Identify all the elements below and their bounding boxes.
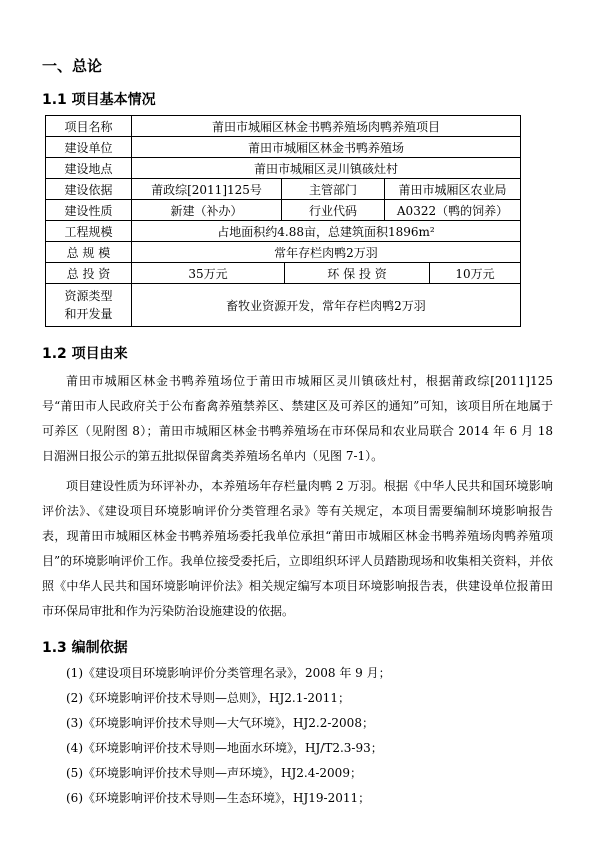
paragraph-origin-1: 莆田市城厢区林金书鸭养殖场位于莆田市城厢区灵川镇硋灶村，根据莆政综[2011]1… [42,369,553,469]
reference-item: (4)《环境影响评价技术导则—地面水环境》，HJ/T2.3-93； [66,736,553,761]
table-cell-label: 建设单位 [46,137,131,157]
table-cell-label: 建设性质 [46,200,131,220]
table-cell-label: 资源类型 和开发量 [46,284,131,326]
table-cell-value: 新建（补办） [131,200,281,220]
paragraph-origin-2: 项目建设性质为环评补办，本养殖场年存栏量肉鸭 2 万羽。根据《中华人民共和国环境… [42,474,553,624]
label-line-2: 和开发量 [64,305,112,323]
table-row-resource-type: 资源类型 和开发量 畜牧业资源开发，常年存栏肉鸭2万羽 [46,283,520,326]
table-row-basis: 建设依据 莆政综[2011]125号 主管部门 莆田市城厢区农业局 [46,178,520,199]
table-cell-label: 建设地点 [46,158,131,178]
section-heading-1-2: 1.2 项目由来 [42,344,553,364]
table-cell-value: 莆田市城厢区灵川镇硋灶村 [131,158,520,178]
section-heading-1-1: 1.1 项目基本情况 [42,90,553,110]
table-cell-label: 行业代码 [281,200,384,220]
reference-item: (6)《环境影响评价技术导则—生态环境》，HJ19-2011； [66,786,553,811]
table-row-investment: 总 投 资 35万元 环 保 投 资 10万元 [46,262,520,283]
reference-item: (1)《建设项目环境影响评价分类管理名录》，2008 年 9 月； [66,661,553,686]
table-cell-value: 10万元 [429,263,520,283]
table-cell-label: 主管部门 [281,179,384,199]
table-cell-label: 项目名称 [46,116,131,136]
table-cell-label: 环 保 投 资 [284,263,429,283]
table-row-project-scale: 工程规模 占地面积约4.88亩，总建筑面积1896m² [46,220,520,241]
section-heading-1-3: 1.3 编制依据 [42,638,553,658]
table-cell-value: 莆田市城厢区农业局 [384,179,520,199]
table-row-construction-unit: 建设单位 莆田市城厢区林金书鸭养殖场 [46,136,520,157]
table-row-project-name: 项目名称 莆田市城厢区林金书鸭养殖场肉鸭养殖项目 [46,116,520,136]
table-cell-value: A0322（鸭的饲养） [384,200,520,220]
table-cell-value: 常年存栏肉鸭2万羽 [131,242,520,262]
table-cell-label: 建设依据 [46,179,131,199]
project-info-table: 项目名称 莆田市城厢区林金书鸭养殖场肉鸭养殖项目 建设单位 莆田市城厢区林金书鸭… [45,115,521,327]
table-cell-label: 总 投 资 [46,263,131,283]
table-cell-label: 工程规模 [46,221,131,241]
reference-item: (5)《环境影响评价技术导则—声环境》，HJ2.4-2009； [66,761,553,786]
table-row-total-scale: 总 规 模 常年存栏肉鸭2万羽 [46,241,520,262]
table-cell-value: 莆田市城厢区林金书鸭养殖场 [131,137,520,157]
chapter-heading: 一、总论 [42,56,553,76]
reference-item: (2)《环境影响评价技术导则—总则》，HJ2.1-2011； [66,686,553,711]
table-cell-label: 总 规 模 [46,242,131,262]
page-content: 一、总论 1.1 项目基本情况 项目名称 莆田市城厢区林金书鸭养殖场肉鸭养殖项目… [0,0,595,811]
table-row-nature: 建设性质 新建（补办） 行业代码 A0322（鸭的饲养） [46,199,520,220]
document-page: 一、总论 1.1 项目基本情况 项目名称 莆田市城厢区林金书鸭养殖场肉鸭养殖项目… [0,0,595,841]
table-cell-value: 占地面积约4.88亩，总建筑面积1896m² [131,221,520,241]
table-cell-value: 莆田市城厢区林金书鸭养殖场肉鸭养殖项目 [131,116,520,136]
table-cell-value: 35万元 [131,263,284,283]
reference-item: (3)《环境影响评价技术导则—大气环境》，HJ2.2-2008； [66,711,553,736]
label-line-1: 资源类型 [64,287,112,305]
table-cell-value: 畜牧业资源开发，常年存栏肉鸭2万羽 [131,284,520,326]
table-row-location: 建设地点 莆田市城厢区灵川镇硋灶村 [46,157,520,178]
table-cell-value: 莆政综[2011]125号 [131,179,281,199]
reference-list: (1)《建设项目环境影响评价分类管理名录》，2008 年 9 月； (2)《环境… [42,661,553,811]
